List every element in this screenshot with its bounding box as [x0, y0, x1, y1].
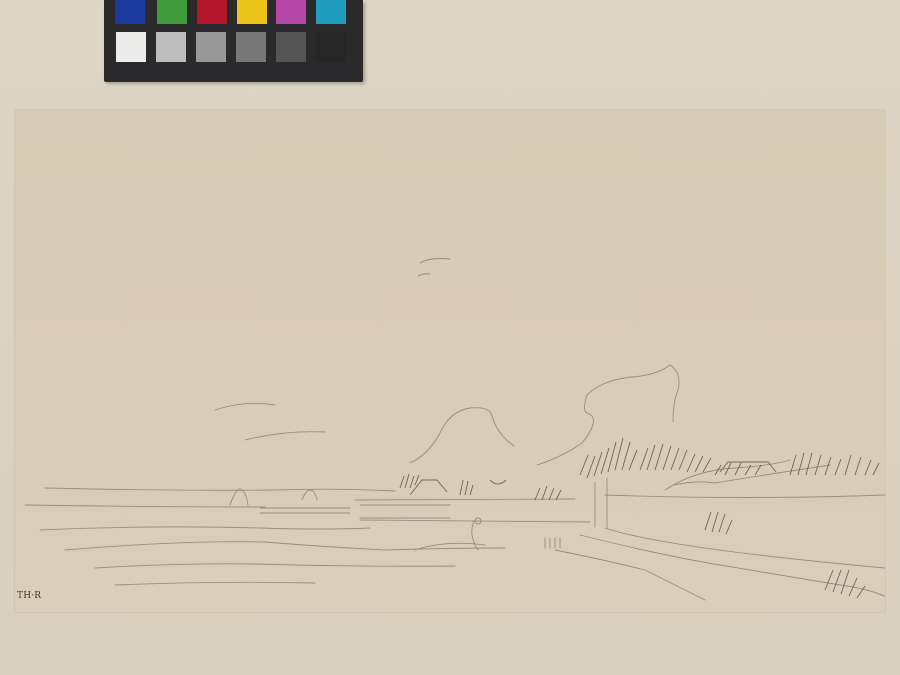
swatch-yellow [237, 0, 267, 24]
swatch-magenta [276, 0, 306, 24]
swatch-dark-gray [276, 32, 306, 62]
swatch-cyan [316, 0, 346, 24]
pencil-landscape-sketch [15, 110, 885, 612]
swatch-blue [115, 0, 145, 24]
swatch-light-gray [156, 32, 186, 62]
color-checker-chart [104, 0, 363, 82]
swatch-mid-light-gray [196, 32, 226, 62]
swatch-red [197, 0, 227, 24]
swatch-green [157, 0, 187, 24]
swatch-white [116, 32, 146, 62]
swatch-black [316, 32, 346, 62]
collector-stamp: TH·R [17, 591, 41, 601]
drawing-paper: TH·R [15, 110, 885, 612]
swatch-mid-gray [236, 32, 266, 62]
